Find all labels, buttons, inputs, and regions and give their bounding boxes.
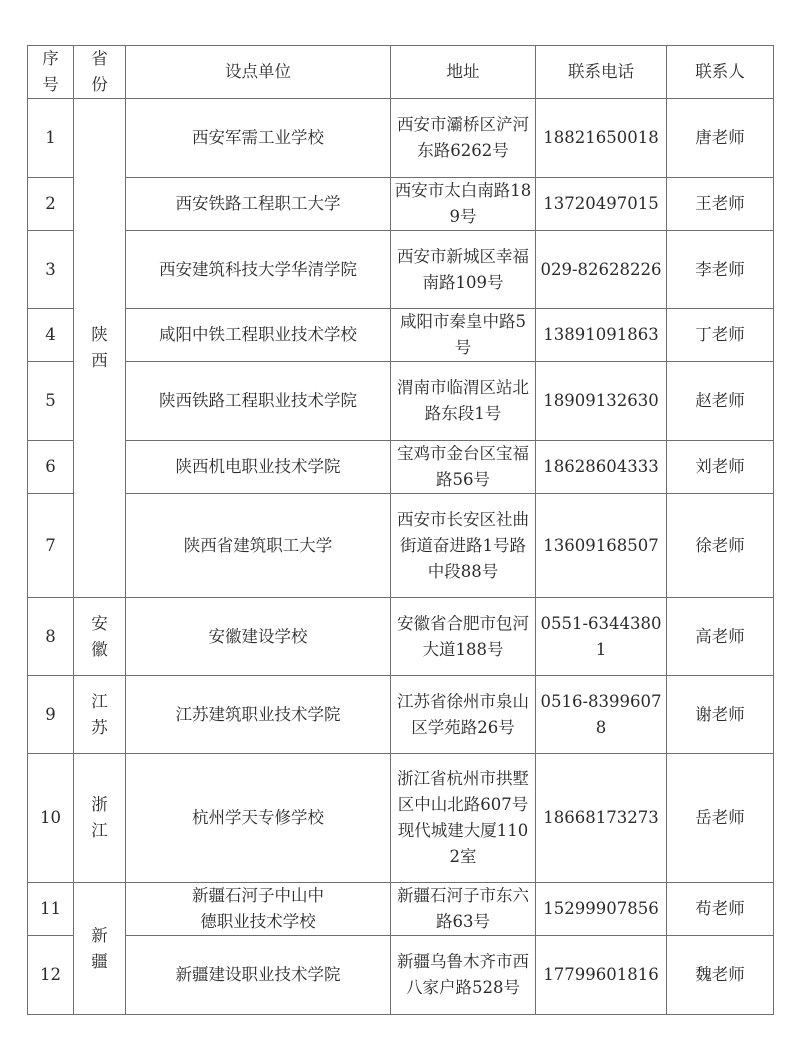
province-label: 安徽	[91, 611, 109, 663]
header-address: 地址	[391, 46, 536, 99]
site-list-table: 序号 省份 设点单位 地址 联系电话 联系人 1 陕西 西安军需工业学校 西安市…	[27, 45, 774, 1015]
cell-contact: 魏老师	[667, 936, 774, 1015]
cell-unit: 陕西铁路工程职业技术学院	[126, 362, 391, 441]
cell-address: 西安市灞桥区浐河东路6262号	[391, 99, 536, 178]
cell-address: 西安市太白南路189号	[391, 178, 536, 231]
header-row: 序号 省份 设点单位 地址 联系电话 联系人	[28, 46, 774, 99]
cell-phone: 029-82628226	[536, 231, 667, 309]
cell-unit: 陕西机电职业技术学院	[126, 441, 391, 494]
cell-province: 陕西	[74, 99, 126, 598]
province-label: 陕西	[91, 322, 109, 374]
cell-province: 安徽	[74, 598, 126, 676]
cell-address: 浙江省杭州市拱墅区中山北路607号现代城建大厦1102室	[391, 754, 536, 883]
cell-address: 宝鸡市金台区宝福路56号	[391, 441, 536, 494]
table-row: 2 西安铁路工程职工大学 西安市太白南路189号 13720497015 王老师	[28, 178, 774, 231]
cell-seq: 5	[28, 362, 74, 441]
cell-seq: 7	[28, 494, 74, 598]
cell-phone: 18909132630	[536, 362, 667, 441]
table-row: 6 陕西机电职业技术学院 宝鸡市金台区宝福路56号 18628604333 刘老…	[28, 441, 774, 494]
cell-phone: 18821650018	[536, 99, 667, 178]
table-row: 1 陕西 西安军需工业学校 西安市灞桥区浐河东路6262号 1882165001…	[28, 99, 774, 178]
cell-contact: 王老师	[667, 178, 774, 231]
cell-province: 浙江	[74, 754, 126, 883]
cell-unit: 新疆建设职业技术学院	[126, 936, 391, 1015]
cell-seq: 4	[28, 309, 74, 362]
table-row: 9 江苏 江苏建筑职业技术学院 江苏省徐州市泉山区学苑路26号 0516-839…	[28, 676, 774, 754]
province-label: 浙江	[91, 792, 109, 844]
cell-unit: 西安建筑科技大学华清学院	[126, 231, 391, 309]
cell-contact: 徐老师	[667, 494, 774, 598]
cell-contact: 赵老师	[667, 362, 774, 441]
cell-phone: 18628604333	[536, 441, 667, 494]
cell-unit: 西安军需工业学校	[126, 99, 391, 178]
header-unit: 设点单位	[126, 46, 391, 99]
table-row: 5 陕西铁路工程职业技术学院 渭南市临渭区站北路东段1号 18909132630…	[28, 362, 774, 441]
cell-phone: 17799601816	[536, 936, 667, 1015]
cell-address: 江苏省徐州市泉山区学苑路26号	[391, 676, 536, 754]
table-row: 4 咸阳中铁工程职业技术学校 咸阳市秦皇中路5号 13891091863 丁老师	[28, 309, 774, 362]
cell-seq: 2	[28, 178, 74, 231]
cell-address: 西安市新城区幸福南路109号	[391, 231, 536, 309]
cell-seq: 11	[28, 883, 74, 936]
cell-seq: 10	[28, 754, 74, 883]
province-label: 新疆	[91, 923, 109, 975]
cell-contact: 唐老师	[667, 99, 774, 178]
cell-seq: 3	[28, 231, 74, 309]
cell-province: 江苏	[74, 676, 126, 754]
table-row: 11 新疆 新疆石河子中山中德职业技术学校 新疆石河子市东六路63号 15299…	[28, 883, 774, 936]
table-row: 12 新疆建设职业技术学院 新疆乌鲁木齐市西八家户路528号 177996018…	[28, 936, 774, 1015]
cell-unit: 陕西省建筑职工大学	[126, 494, 391, 598]
cell-contact: 丁老师	[667, 309, 774, 362]
cell-address: 咸阳市秦皇中路5号	[391, 309, 536, 362]
cell-phone: 13609168507	[536, 494, 667, 598]
table-row: 10 浙江 杭州学天专修学校 浙江省杭州市拱墅区中山北路607号现代城建大厦11…	[28, 754, 774, 883]
cell-contact: 李老师	[667, 231, 774, 309]
cell-seq: 1	[28, 99, 74, 178]
cell-unit: 安徽建设学校	[126, 598, 391, 676]
cell-contact: 苟老师	[667, 883, 774, 936]
header-phone: 联系电话	[536, 46, 667, 99]
cell-seq: 8	[28, 598, 74, 676]
cell-unit: 西安铁路工程职工大学	[126, 178, 391, 231]
cell-unit: 新疆石河子中山中德职业技术学校	[126, 883, 391, 936]
cell-province: 新疆	[74, 883, 126, 1015]
table-row: 8 安徽 安徽建设学校 安徽省合肥市包河大道188号 0551-63443801…	[28, 598, 774, 676]
cell-address: 新疆石河子市东六路63号	[391, 883, 536, 936]
cell-address: 安徽省合肥市包河大道188号	[391, 598, 536, 676]
cell-phone: 15299907856	[536, 883, 667, 936]
header-province: 省份	[74, 46, 126, 99]
cell-unit: 江苏建筑职业技术学院	[126, 676, 391, 754]
cell-contact: 高老师	[667, 598, 774, 676]
cell-contact: 谢老师	[667, 676, 774, 754]
header-seq: 序号	[28, 46, 74, 99]
cell-address: 新疆乌鲁木齐市西八家户路528号	[391, 936, 536, 1015]
table-row: 7 陕西省建筑职工大学 西安市长安区社曲街道奋进路1号路中段88号 136091…	[28, 494, 774, 598]
header-contact: 联系人	[667, 46, 774, 99]
cell-unit: 咸阳中铁工程职业技术学校	[126, 309, 391, 362]
cell-seq: 6	[28, 441, 74, 494]
cell-address: 西安市长安区社曲街道奋进路1号路中段88号	[391, 494, 536, 598]
cell-seq: 12	[28, 936, 74, 1015]
cell-address: 渭南市临渭区站北路东段1号	[391, 362, 536, 441]
cell-contact: 岳老师	[667, 754, 774, 883]
cell-unit: 杭州学天专修学校	[126, 754, 391, 883]
cell-phone: 13891091863	[536, 309, 667, 362]
province-label: 江苏	[91, 689, 109, 741]
cell-phone: 13720497015	[536, 178, 667, 231]
table-row: 3 西安建筑科技大学华清学院 西安市新城区幸福南路109号 029-826282…	[28, 231, 774, 309]
cell-phone: 18668173273	[536, 754, 667, 883]
cell-contact: 刘老师	[667, 441, 774, 494]
cell-phone: 0551-63443801	[536, 598, 667, 676]
cell-seq: 9	[28, 676, 74, 754]
cell-phone: 0516-83996078	[536, 676, 667, 754]
